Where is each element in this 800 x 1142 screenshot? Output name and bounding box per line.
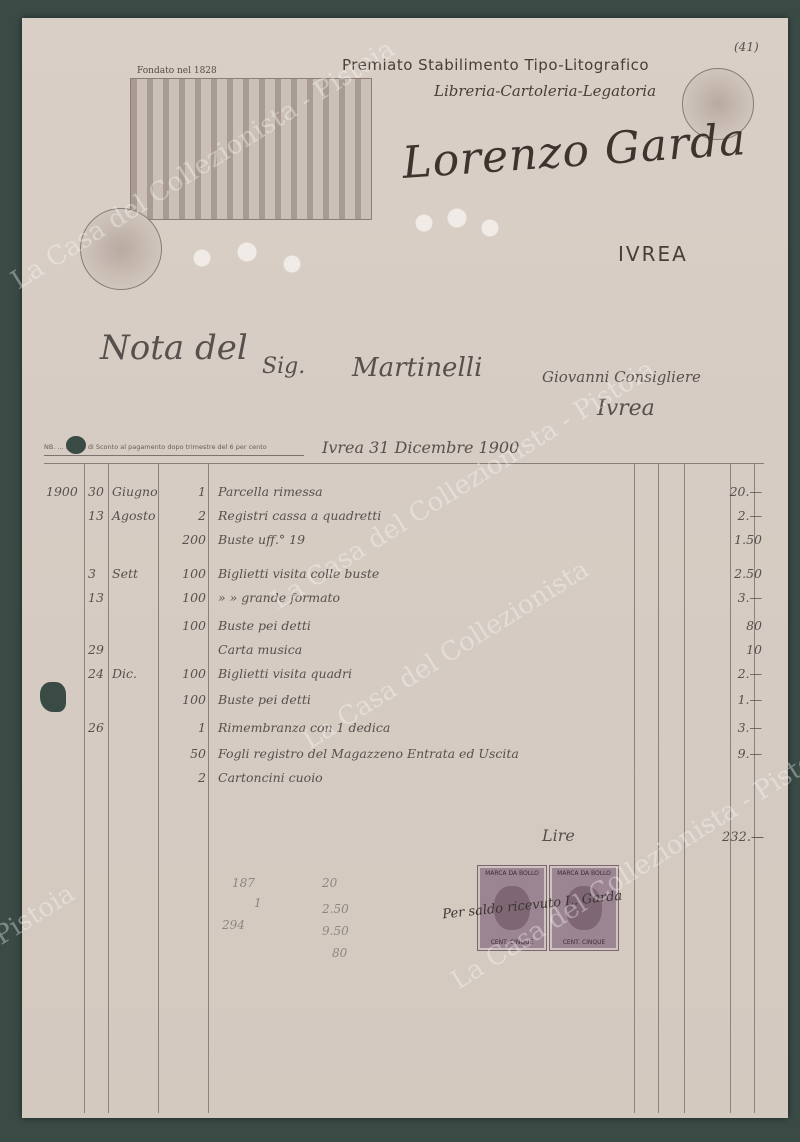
ledger-row: 2Cartoncini cuoio xyxy=(22,770,788,790)
nota-abbrev: Sig. xyxy=(262,354,305,379)
ledger-row: 190030Giugno1Parcella rimessa20.— xyxy=(22,484,788,504)
company-name: Lorenzo Garda xyxy=(401,114,748,189)
pencil-note: 187 xyxy=(232,876,255,890)
pencil-note: 9.50 xyxy=(322,924,349,938)
ledger-row: 13100» » grande formato3.— xyxy=(22,590,788,610)
paper-hole xyxy=(66,436,86,454)
pencil-note: 80 xyxy=(332,946,347,960)
ink-blot xyxy=(40,682,66,712)
ledger-row: 100Buste pei detti80 xyxy=(22,618,788,638)
ledger-row: 261Rimembranza con 1 dedica3.— xyxy=(22,720,788,740)
pencil-note: 20 xyxy=(322,876,337,890)
corner-mark: (41) xyxy=(734,40,759,54)
ledger-row: 50Fogli registro del Magazzeno Entrata e… xyxy=(22,746,788,766)
floral-decoration xyxy=(172,228,322,288)
company-city: IVREA xyxy=(618,242,688,266)
ledger-row: 3Sett100Biglietti visita colle buste2.50 xyxy=(22,566,788,586)
stamp-bottom-text: CENT. CINQUE xyxy=(552,939,616,946)
header-rule xyxy=(44,463,764,464)
client-name: Martinelli xyxy=(352,353,482,383)
invoice-sheet: Fondato nel 1828 Premiato Stabilimento T… xyxy=(22,18,788,1118)
nota-heading: Nota del xyxy=(100,328,248,368)
total-label: Lire xyxy=(542,826,575,845)
total-amount: 232.— xyxy=(722,830,764,845)
stamp-top-text: MARCA DA BOLLO xyxy=(480,870,544,877)
ledger-row: 29Carta musica10 xyxy=(22,642,788,662)
pencil-note: 1 xyxy=(254,896,262,910)
pencil-note: 294 xyxy=(222,918,245,932)
founded-label: Fondato nel 1828 xyxy=(137,66,217,76)
letterhead-services: Libreria-Cartoleria-Legatoria xyxy=(434,82,656,100)
pencil-note: 2.50 xyxy=(322,902,349,916)
floral-decoration-2 xyxy=(402,198,512,248)
